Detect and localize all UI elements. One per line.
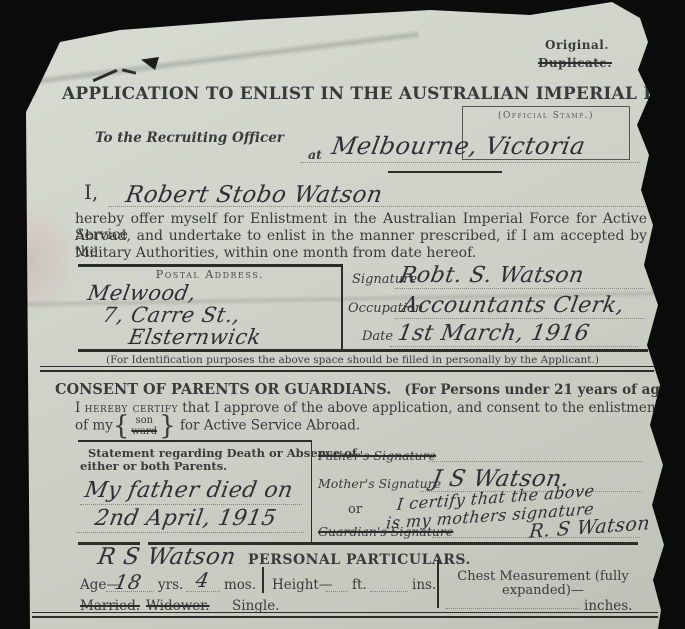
consent-certify-line-2: of my{sonward} for Active Service Abroad…: [75, 413, 360, 439]
i-label: I,: [84, 180, 98, 204]
copy-duplicate-label: Duplicate.: [538, 56, 612, 70]
chest-value-line: [446, 608, 580, 609]
mothers-signature-label: Mother's Signature: [318, 476, 441, 491]
date-line: [390, 346, 638, 347]
occupation-line: [395, 318, 645, 319]
ward-option-struck: ward: [131, 426, 157, 437]
statement-label-line-2: either or both Parents.: [80, 459, 227, 473]
at-label: at: [308, 147, 322, 162]
form-title: APPLICATION TO ENLIST IN THE AUSTRALIAN …: [62, 84, 647, 104]
ft-label: ft.: [352, 577, 367, 593]
address-box-top-rule: [78, 264, 342, 267]
fathers-signature-line: [428, 461, 643, 462]
name-line: [108, 206, 648, 207]
for-service-label: for Active Service Abroad.: [180, 418, 360, 434]
chest-label-line-1: Chest Measurement (fully: [448, 569, 638, 584]
ins-label: ins.: [412, 577, 436, 593]
paper-pen-mark: [122, 68, 136, 74]
paper-tear-mark: [114, 1, 141, 13]
statement-handwriting-1: My father died on: [83, 478, 295, 503]
height-ins-line: [370, 591, 408, 592]
witness-signature-handwriting: R S Watson: [96, 544, 238, 570]
son-option: son: [131, 415, 157, 426]
statement-line-1: [80, 504, 302, 505]
age-height-divider: [262, 567, 264, 593]
of-my-label: of my: [75, 418, 113, 434]
chest-column-divider: [437, 560, 439, 608]
consent-heading: CONSENT OF PARENTS OR GUARDIANS. (For Pe…: [55, 379, 650, 398]
paper-pen-mark: [93, 69, 118, 82]
age-years-line: [106, 591, 154, 592]
address-line-3: Elsternwick: [127, 325, 263, 349]
declaration-line-3: Military Authorities, within one month f…: [75, 245, 476, 261]
or-label: or: [348, 502, 362, 517]
bottom-double-rule: [32, 612, 658, 618]
address-box-divider: [341, 264, 343, 351]
chest-label-line-2: expanded)—: [448, 583, 638, 598]
mos-label: mos.: [224, 577, 256, 593]
location-line: [300, 162, 640, 163]
height-label: Height—: [272, 577, 332, 593]
occupation-handwriting: Accountants Clerk,: [400, 293, 627, 318]
consent-heading-age-note: (For Persons under 21 years of age.): [404, 382, 679, 398]
yrs-label: yrs.: [158, 577, 183, 593]
address-line-1: Melwood,: [86, 281, 198, 305]
official-stamp-label: (Official Stamp.): [463, 111, 629, 121]
applicant-name-handwriting: Robert Stobo Watson: [124, 182, 385, 208]
age-months-handwriting: 4: [194, 568, 211, 592]
location-handwriting: Melbourne, Victoria: [330, 132, 588, 160]
statement-box-top-rule: [78, 440, 312, 442]
signature-line: [395, 288, 645, 289]
location-underline: [388, 171, 502, 173]
statement-label-line-1: Statement regarding Death or Absence of: [88, 446, 357, 460]
fathers-signature-label-struck: Father's Signature: [318, 448, 436, 463]
brace-open: {: [113, 411, 130, 441]
statement-handwriting-2: 2nd April, 1915: [93, 506, 279, 531]
signature-handwriting: Robt. S. Watson: [398, 263, 586, 288]
consent-heading-main: CONSENT OF PARENTS OR GUARDIANS.: [55, 381, 391, 398]
address-box-bottom-rule: [78, 349, 648, 352]
date-label: Date: [362, 329, 393, 344]
statement-line-2: [76, 532, 304, 533]
scanned-enlistment-form: Original. Duplicate. APPLICATION TO ENLI…: [0, 0, 685, 629]
identification-note: (For Identification purposes the above s…: [55, 354, 650, 366]
postal-address-label: Postal Address.: [95, 268, 325, 281]
brace-close: }: [159, 411, 176, 441]
section-double-rule: [40, 366, 654, 372]
age-months-line: [186, 591, 220, 592]
recruiting-officer-label: To the Recruiting Officer: [95, 130, 284, 146]
address-line-2: 7, Carre St.,: [101, 303, 242, 327]
height-ft-line: [326, 591, 348, 592]
paper-stain: [0, 200, 80, 320]
copy-original-label: Original.: [545, 38, 609, 52]
paper-hole-mark: [141, 57, 159, 70]
paper-sheet: Original. Duplicate. APPLICATION TO ENLI…: [0, 0, 685, 629]
date-handwriting: 1st March, 1916: [396, 321, 592, 346]
paper-crease: [1, 29, 419, 90]
